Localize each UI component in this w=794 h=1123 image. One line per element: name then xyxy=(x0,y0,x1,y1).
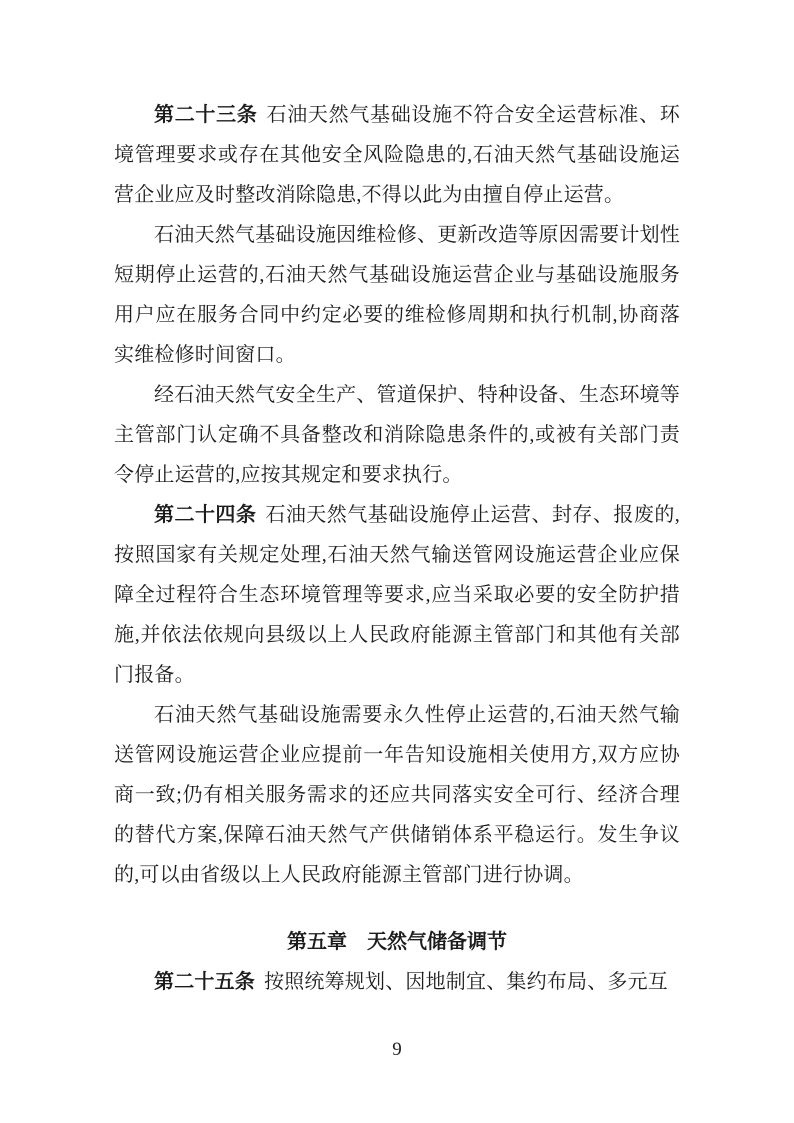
article-23-paragraph-3: 经石油天然气安全生产、管道保护、特种设备、生态环境等主管部门认定确不具备整改和消… xyxy=(114,375,680,495)
article-23-paragraph-3-text: 经石油天然气安全生产、管道保护、特种设备、生态环境等主管部门认定确不具备整改和消… xyxy=(114,384,680,486)
article-24-paragraph: 第二十四条石油天然气基础设施停止运营、封存、报废的,按照国家有关规定处理,石油天… xyxy=(114,495,680,695)
article-25-number: 第二十五条 xyxy=(154,971,255,993)
article-23-number: 第二十三条 xyxy=(154,104,258,126)
article-23-paragraph-2-text: 石油天然气基础设施因维检修、更新改造等原因需要计划性短期停止运营的,石油天然气基… xyxy=(114,224,680,366)
article-24-number: 第二十四条 xyxy=(154,504,256,526)
article-23-paragraph: 第二十三条石油天然气基础设施不符合安全运营标准、环境管理要求或存在其他安全风险隐… xyxy=(114,95,680,215)
document-body: 第二十三条石油天然气基础设施不符合安全运营标准、环境管理要求或存在其他安全风险隐… xyxy=(114,95,680,1002)
document-page: 第二十三条石油天然气基础设施不符合安全运营标准、环境管理要求或存在其他安全风险隐… xyxy=(0,0,794,1123)
article-25-paragraph: 第二十五条按照统筹规划、因地制宜、集约布局、多元互 xyxy=(114,962,680,1002)
article-24-paragraph-2: 石油天然气基础设施需要永久性停止运营的,石油天然气输送管网设施运营企业应提前一年… xyxy=(114,695,680,895)
chapter-5-heading: 第五章 天然气储备调节 xyxy=(114,922,680,962)
article-24-paragraph-2-text: 石油天然气基础设施需要永久性停止运营的,石油天然气输送管网设施运营企业应提前一年… xyxy=(114,704,680,886)
article-25-text: 按照统筹规划、因地制宜、集约布局、多元互 xyxy=(264,971,668,993)
page-number: 9 xyxy=(0,1036,794,1064)
article-24-text: 石油天然气基础设施停止运营、封存、报废的,按照国家有关规定处理,石油天然气输送管… xyxy=(114,504,680,686)
article-23-paragraph-2: 石油天然气基础设施因维检修、更新改造等原因需要计划性短期停止运营的,石油天然气基… xyxy=(114,215,680,375)
